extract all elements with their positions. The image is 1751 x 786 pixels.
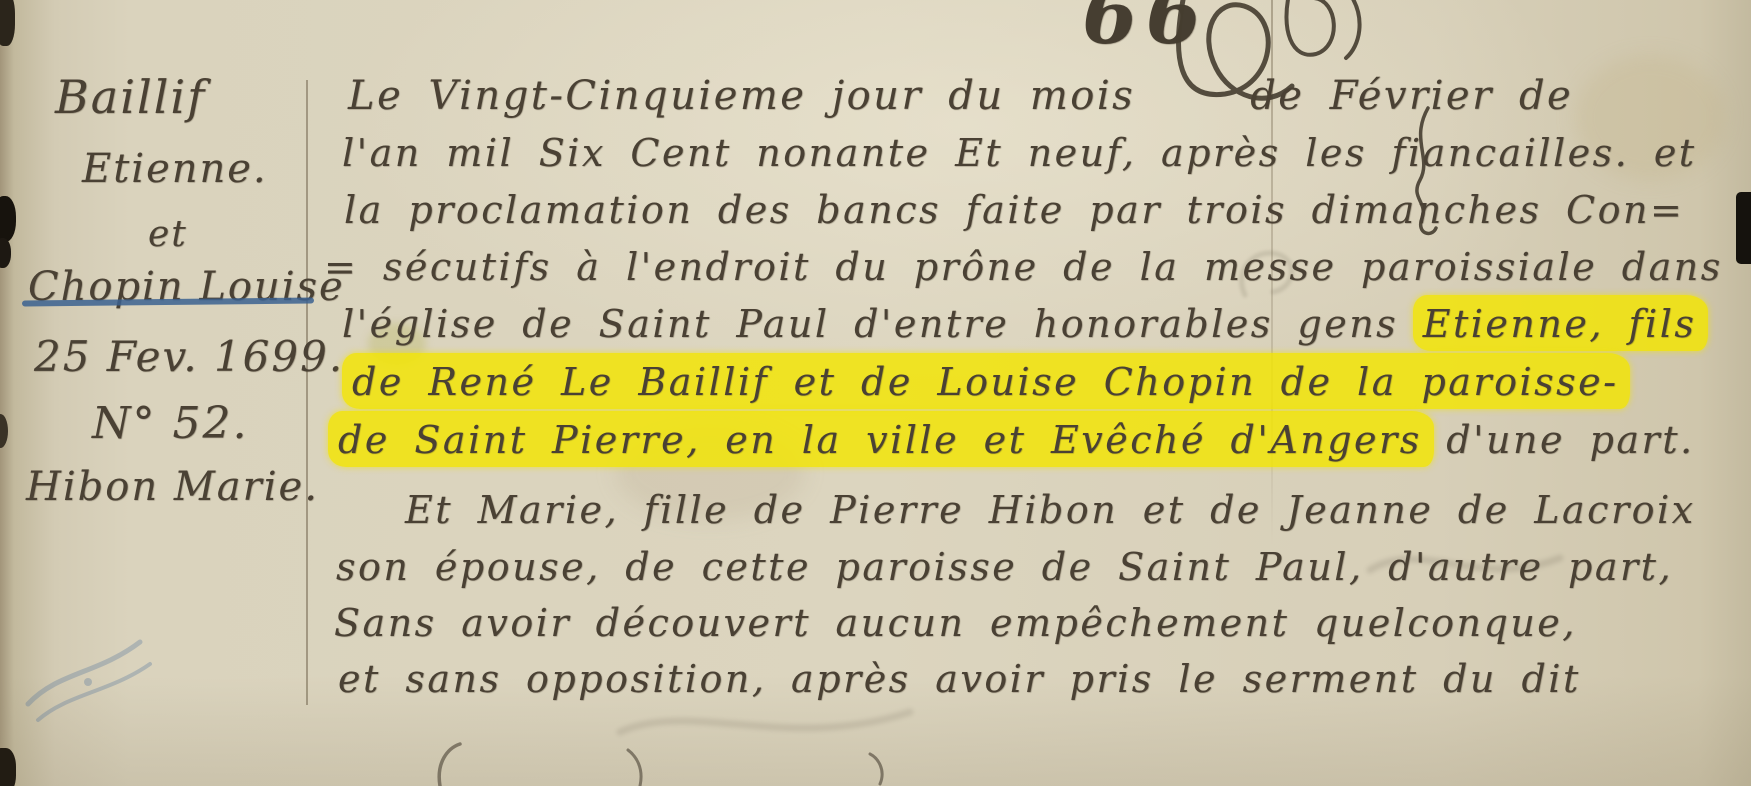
act-text-line: la proclamation des bancs faite par troi… bbox=[344, 191, 1684, 229]
binding-tear-blob bbox=[0, 414, 8, 448]
text-run: et sans opposition, après avoir pris le … bbox=[338, 657, 1581, 701]
act-text-line: de René Le Baillif et de Louise Chopin d… bbox=[352, 363, 1618, 401]
margin-entry-groom-firstname: Etienne. bbox=[82, 146, 268, 192]
binding-tear-blob bbox=[0, 238, 11, 268]
margin-rule-line bbox=[306, 80, 308, 705]
register-page-scan: 66 Baillif Etienne. et Chopin Louise 25 … bbox=[0, 0, 1751, 786]
binding-tear-blob bbox=[0, 0, 15, 46]
text-run: l'an mil Six Cent nonante Et neuf, après… bbox=[342, 131, 1697, 175]
binding-tear-blob bbox=[0, 196, 16, 242]
margin-entry-et: et bbox=[148, 214, 188, 255]
act-text-line: l'église de Saint Paul d'entre honorable… bbox=[342, 305, 1696, 343]
margin-entry-groom-surname: Baillif bbox=[55, 70, 206, 124]
text-run: d'une part. bbox=[1422, 418, 1695, 462]
highlighted-text: de Saint Pierre, en la ville et Evêché d… bbox=[328, 411, 1434, 467]
margin-entry-date: 25 Fev. 1699. bbox=[34, 332, 344, 381]
act-text-line: l'an mil Six Cent nonante Et neuf, après… bbox=[342, 134, 1697, 172]
scan-edge-shadow bbox=[1736, 192, 1751, 264]
binding-tear-blob bbox=[0, 748, 16, 786]
text-run: = sécutifs à l'endroit du prône de la me… bbox=[324, 245, 1723, 289]
margin-entry-act-number: N° 52. bbox=[92, 398, 248, 449]
text-run: Le Vingt-Cinquieme jour du mois bbox=[348, 73, 1135, 119]
margin-entry-bride-name: Hibon Marie. bbox=[26, 464, 319, 510]
act-text-line: son épouse, de cette paroisse de Saint P… bbox=[336, 548, 1673, 586]
highlighted-text: Etienne, fils bbox=[1413, 295, 1709, 351]
text-run: l'église de Saint Paul d'entre honorable… bbox=[342, 302, 1423, 346]
text-run: de Février de bbox=[1250, 73, 1573, 119]
cutoff-line-strokes bbox=[400, 742, 1100, 786]
blue-stamp-mark bbox=[18, 612, 168, 732]
act-text-line: Sans avoir découvert aucun empêchement q… bbox=[334, 604, 1577, 642]
text-run: son épouse, de cette paroisse de Saint P… bbox=[336, 545, 1673, 589]
highlighted-text: de René Le Baillif et de Louise Chopin d… bbox=[342, 353, 1630, 409]
text-run: Et Marie, fille de Pierre Hibon et de Je… bbox=[405, 488, 1696, 532]
act-text-line: et sans opposition, après avoir pris le … bbox=[338, 660, 1581, 698]
text-run: Sans avoir découvert aucun empêchement q… bbox=[334, 601, 1577, 645]
act-text-line: Et Marie, fille de Pierre Hibon et de Je… bbox=[405, 491, 1696, 529]
text-run: la proclamation des bancs faite par troi… bbox=[344, 188, 1684, 232]
act-text-line: de Saint Pierre, en la ville et Evêché d… bbox=[338, 421, 1695, 459]
act-text-line: = sécutifs à l'endroit du prône de la me… bbox=[324, 248, 1723, 286]
act-text-line: Le Vingt-Cinquieme jour du moisde Févrie… bbox=[348, 76, 1573, 116]
